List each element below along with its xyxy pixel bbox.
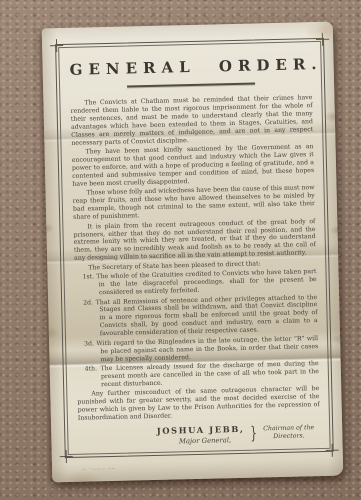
signature-brace: } bbox=[250, 425, 257, 442]
title-rule bbox=[127, 82, 255, 87]
printer-imprint: ‒ ··‒‒‒ ‒‒ bbox=[83, 467, 116, 473]
photo-background: GENERAL ORDER. The Convicts at Chatham m… bbox=[0, 0, 361, 500]
directive-text: With regard to the Ringleaders in the la… bbox=[96, 335, 318, 363]
directive-label: 2d. bbox=[83, 299, 93, 306]
document-body: The Convicts at Chatham must be reminded… bbox=[70, 94, 320, 448]
document-content: GENERAL ORDER. The Convicts at Chatham m… bbox=[55, 38, 334, 458]
paragraph: It is plain from the recent outrageous c… bbox=[73, 218, 316, 263]
document-title: GENERAL ORDER. bbox=[69, 55, 311, 79]
paragraph: The Convicts at Chatham must be reminded… bbox=[70, 94, 313, 147]
signatory-role-line: Directors. bbox=[263, 432, 314, 442]
directive-label: 1st. bbox=[82, 274, 94, 281]
paragraph: Those whose folly and wickedness have be… bbox=[73, 184, 316, 221]
signatory: JOSHUA JEBB, Major General, bbox=[157, 424, 245, 446]
paragraph-text: It is plain from the recent outrageous c… bbox=[73, 218, 315, 262]
closing-text: Any further misconduct of the same outra… bbox=[77, 385, 319, 422]
paragraph-text: They have been most kindly sanctioned by… bbox=[72, 143, 314, 187]
signatory-role: Chairman of the Directors. bbox=[263, 424, 314, 442]
closing-paragraph: Any further misconduct of the same outra… bbox=[77, 385, 320, 422]
signatory-rank: Major General, bbox=[157, 435, 245, 446]
directive-item: 1st. The whole of the Gratuities credite… bbox=[82, 268, 316, 297]
directive-label: 3d. bbox=[84, 340, 94, 347]
directive-label: 4th. bbox=[85, 365, 98, 372]
paragraph-text: Those whose folly and wickedness have be… bbox=[73, 184, 315, 221]
signature-block: JOSHUA JEBB, Major General, } Chairman o… bbox=[78, 422, 320, 448]
directive-text: The Licenses already issued for the disc… bbox=[101, 360, 319, 388]
directive-item: 4th. The Licenses already issued for the… bbox=[85, 360, 319, 389]
directive-text: That all Remissions of sentence and othe… bbox=[96, 294, 318, 338]
directive-item: 2d. That all Remissions of sentence and … bbox=[83, 294, 318, 339]
paragraph-text: The Convicts at Chatham must be reminded… bbox=[71, 94, 314, 146]
directive-text: The whole of the Gratuities credited to … bbox=[96, 268, 316, 296]
signatory-name: JOSHUA JEBB, bbox=[157, 424, 245, 437]
paragraph: They have been most kindly sanctioned by… bbox=[72, 143, 315, 188]
directive-item: 3d. With regard to the Ringleaders in th… bbox=[84, 335, 318, 364]
document-paper: GENERAL ORDER. The Convicts at Chatham m… bbox=[42, 22, 344, 483]
